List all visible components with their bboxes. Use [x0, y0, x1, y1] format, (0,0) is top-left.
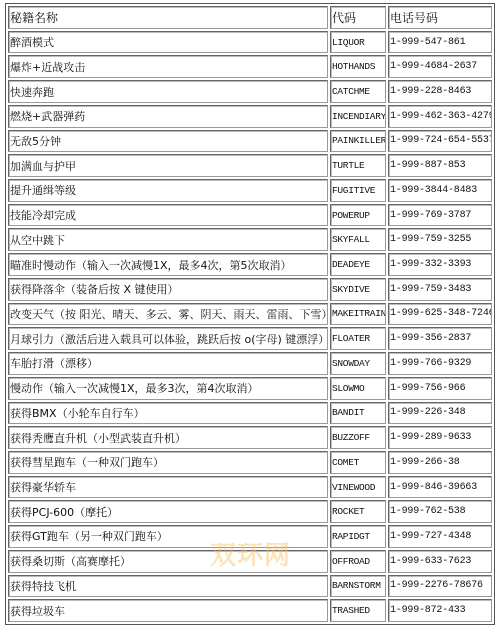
phone-number-cell: 1-999-759-3255 [388, 228, 492, 251]
cheat-code-cell: VINEWOOD [330, 476, 386, 499]
table-row: 获得秃鹰直升机（小型武装直升机）BUZZOFF1-999-289-9633 [8, 426, 492, 449]
cheat-name-cell: 获得GT跑车（另一种双门跑车） [8, 525, 328, 548]
cheat-name-cell: 瞄准时慢动作（输入一次减慢1X，最多4次，第5次取消） [8, 253, 328, 276]
cheat-name-cell: 技能冷却完成 [8, 204, 328, 227]
table-row: 无敌5分钟PAINKILLER1-999-724-654-5537 [8, 130, 492, 153]
cheat-name-cell: 加满血与护甲 [8, 154, 328, 177]
cheat-code-cell: POWERUP [330, 204, 386, 227]
table-row: 车胎打滑（漂移）SNOWDAY1-999-766-9329 [8, 352, 492, 375]
cheat-name-cell: 车胎打滑（漂移） [8, 352, 328, 375]
phone-number-cell: 1-999-759-3483 [388, 278, 492, 301]
table-row: 获得特技飞机BARNSTORM1-999-2276-78676 [8, 575, 492, 598]
phone-number-cell: 1-999-356-2837 [388, 327, 492, 350]
cheat-code-cell: SKYDIVE [330, 278, 386, 301]
cheat-code-cell: FUGITIVE [330, 179, 386, 202]
table-row: 技能冷却完成POWERUP1-999-769-3787 [8, 204, 492, 227]
cheat-name-cell: 获得降落伞（装备后按 X 键使用） [8, 278, 328, 301]
phone-number-cell: 1-999-633-7623 [388, 550, 492, 573]
phone-number-cell: 1-999-226-348 [388, 402, 492, 425]
cheat-name-cell: 慢动作（输入一次减慢1X，最多3次，第4次取消） [8, 377, 328, 400]
cheat-code-cell: HOTHANDS [330, 55, 386, 78]
phone-number-cell: 1-999-872-433 [388, 599, 492, 622]
cheat-code-cell: RAPIDGT [330, 525, 386, 548]
cheat-code-cell: ROCKET [330, 500, 386, 523]
table-row: 月球引力（激活后进入载具可以体验，跳跃后按 o(字母) 键漂浮）FLOATER1… [8, 327, 492, 350]
cheat-name-cell: 获得PCJ-600（摩托） [8, 500, 328, 523]
phone-number-cell: 1-999-756-966 [388, 377, 492, 400]
cheat-name-cell: 获得豪华轿车 [8, 476, 328, 499]
table-row: 获得彗星跑车（一种双门跑车）COMET1-999-266-38 [8, 451, 492, 474]
phone-number-cell: 1-999-625-348-7246 [388, 303, 492, 326]
header-phone: 电话号码 [388, 6, 492, 29]
phone-number-cell: 1-999-727-4348 [388, 525, 492, 548]
table-row: 获得豪华轿车VINEWOOD1-999-846-39663 [8, 476, 492, 499]
cheat-code-cell: INCENDIARY [330, 105, 386, 128]
table-row: 获得桑切斯（高赛摩托）OFFROAD1-999-633-7623 [8, 550, 492, 573]
cheat-code-cell: COMET [330, 451, 386, 474]
cheat-code-cell: CATCHME [330, 80, 386, 103]
cheat-name-cell: 提升通缉等级 [8, 179, 328, 202]
cheat-code-cell: SKYFALL [330, 228, 386, 251]
phone-number-cell: 1-999-887-853 [388, 154, 492, 177]
phone-number-cell: 1-999-2276-78676 [388, 575, 492, 598]
table-row: 燃烧+武器弹药INCENDIARY1-999-462-363-4279 [8, 105, 492, 128]
cheat-code-cell: LIQUOR [330, 31, 386, 54]
table-row: 获得降落伞（装备后按 X 键使用）SKYDIVE1-999-759-3483 [8, 278, 492, 301]
cheat-code-cell: TURTLE [330, 154, 386, 177]
cheat-code-cell: DEADEYE [330, 253, 386, 276]
phone-number-cell: 1-999-762-538 [388, 500, 492, 523]
cheat-name-cell: 获得垃圾车 [8, 599, 328, 622]
table-row: 获得GT跑车（另一种双门跑车）RAPIDGT1-999-727-4348 [8, 525, 492, 548]
cheat-name-cell: 燃烧+武器弹药 [8, 105, 328, 128]
table-row: 快速奔跑CATCHME1-999-228-8463 [8, 80, 492, 103]
phone-number-cell: 1-999-724-654-5537 [388, 130, 492, 153]
phone-number-cell: 1-999-766-9329 [388, 352, 492, 375]
phone-number-cell: 1-999-4684-2637 [388, 55, 492, 78]
cheat-code-cell: BANDIT [330, 402, 386, 425]
cheat-code-cell: OFFROAD [330, 550, 386, 573]
table-row: 提升通缉等级FUGITIVE1-999-3844-8483 [8, 179, 492, 202]
table-row: 获得垃圾车TRASHED1-999-872-433 [8, 599, 492, 622]
table-row: 瞄准时慢动作（输入一次减慢1X，最多4次，第5次取消）DEADEYE1-999-… [8, 253, 492, 276]
phone-number-cell: 1-999-3844-8483 [388, 179, 492, 202]
cheat-code-table-container: 秘籍名称 代码 电话号码 醉酒模式LIQUOR1-999-547-861爆炸+近… [5, 3, 495, 625]
cheat-name-cell: 获得秃鹰直升机（小型武装直升机） [8, 426, 328, 449]
table-row: 加满血与护甲TURTLE1-999-887-853 [8, 154, 492, 177]
cheat-code-cell: PAINKILLER [330, 130, 386, 153]
header-code: 代码 [330, 6, 386, 29]
cheat-code-cell: MAKEITRAIN [330, 303, 386, 326]
table-row: 获得BMX（小轮车自行车）BANDIT1-999-226-348 [8, 402, 492, 425]
cheat-name-cell: 获得彗星跑车（一种双门跑车） [8, 451, 328, 474]
cheat-name-cell: 获得特技飞机 [8, 575, 328, 598]
table-row: 醉酒模式LIQUOR1-999-547-861 [8, 31, 492, 54]
phone-number-cell: 1-999-769-3787 [388, 204, 492, 227]
cheat-code-cell: SNOWDAY [330, 352, 386, 375]
cheat-name-cell: 改变天气（按 阳光、晴天、多云、雾、阴天、雨天、雷雨、下雪） [8, 303, 328, 326]
cheat-code-cell: BUZZOFF [330, 426, 386, 449]
phone-number-cell: 1-999-289-9633 [388, 426, 492, 449]
table-row: 慢动作（输入一次减慢1X，最多3次，第4次取消）SLOWMO1-999-756-… [8, 377, 492, 400]
cheat-code-cell: SLOWMO [330, 377, 386, 400]
cheat-code-table: 秘籍名称 代码 电话号码 醉酒模式LIQUOR1-999-547-861爆炸+近… [6, 4, 494, 624]
cheat-name-cell: 快速奔跑 [8, 80, 328, 103]
phone-number-cell: 1-999-228-8463 [388, 80, 492, 103]
cheat-code-cell: FLOATER [330, 327, 386, 350]
cheat-name-cell: 获得桑切斯（高赛摩托） [8, 550, 328, 573]
phone-number-cell: 1-999-266-38 [388, 451, 492, 474]
cheat-name-cell: 从空中跳下 [8, 228, 328, 251]
phone-number-cell: 1-999-547-861 [388, 31, 492, 54]
table-row: 改变天气（按 阳光、晴天、多云、雾、阴天、雨天、雷雨、下雪）MAKEITRAIN… [8, 303, 492, 326]
cheat-name-cell: 获得BMX（小轮车自行车） [8, 402, 328, 425]
cheat-name-cell: 无敌5分钟 [8, 130, 328, 153]
table-row: 获得PCJ-600（摩托）ROCKET1-999-762-538 [8, 500, 492, 523]
table-row: 爆炸+近战攻击HOTHANDS1-999-4684-2637 [8, 55, 492, 78]
phone-number-cell: 1-999-462-363-4279 [388, 105, 492, 128]
table-header-row: 秘籍名称 代码 电话号码 [8, 6, 492, 29]
cheat-code-cell: BARNSTORM [330, 575, 386, 598]
cheat-code-cell: TRASHED [330, 599, 386, 622]
table-row: 从空中跳下SKYFALL1-999-759-3255 [8, 228, 492, 251]
header-cheat-name: 秘籍名称 [8, 6, 328, 29]
cheat-name-cell: 月球引力（激活后进入载具可以体验，跳跃后按 o(字母) 键漂浮） [8, 327, 328, 350]
phone-number-cell: 1-999-846-39663 [388, 476, 492, 499]
phone-number-cell: 1-999-332-3393 [388, 253, 492, 276]
cheat-name-cell: 爆炸+近战攻击 [8, 55, 328, 78]
cheat-name-cell: 醉酒模式 [8, 31, 328, 54]
